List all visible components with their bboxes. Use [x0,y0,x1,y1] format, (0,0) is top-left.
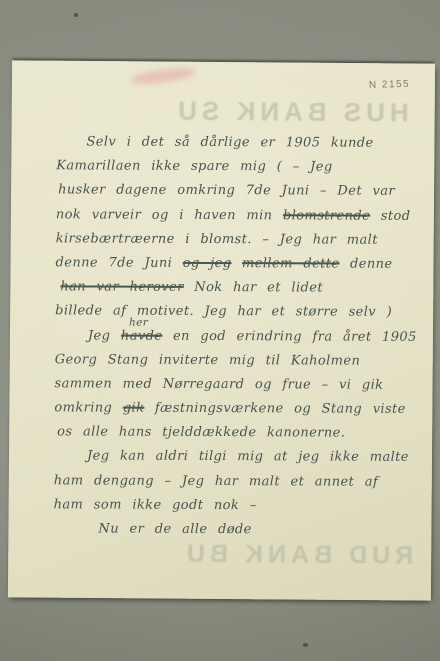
backdrop-speck [303,643,308,647]
handwriting-segment: Nok har et lidet [194,280,323,296]
manuscript-line: ham dengang – Jeg har malt et annet af [54,469,404,495]
manuscript-line: sammen med Nørregaard og frue – vi gik [55,372,405,398]
handwriting-segment: Jeg [88,328,111,343]
ghost-letterhead-top: HUS BANK SU [12,94,435,128]
handwriting-segment: Jeg kan aldri tilgi mig at jeg ikke malt… [87,449,409,465]
handwriting-segment: billede af motivet. Jeg har et større se… [55,304,392,320]
handwriting-segment: Selv i det så dårlige er 1905 kunde [86,134,373,150]
manuscript-line: Jeg havdeher en god erindring fra året 1… [55,324,405,350]
catalog-number: N 2155 [369,79,411,91]
handwriting-segment: Kamarillaen ikke spare mig ( – Jeg [56,158,332,174]
document-photo: HUS BANK SU N 2155 Selv i det så dårlige… [0,0,440,661]
handwriting-struck-segment: havdeher [121,328,163,343]
manuscript-line: omkring gik fæstningsværkene og Stang vi… [54,396,404,422]
handwriting-segment: husker dagene omkring 7de Juni – Det var [58,183,395,199]
manuscript-line: Jeg kan aldri tilgi mig at jeg ikke malt… [54,445,404,471]
handwriting-segment: nok varveir og i haven min [56,207,273,223]
manuscript-line: Georg Stang inviterte mig til Kaholmen [55,348,405,374]
handwriting-struck-segment: han var herover [60,279,184,295]
handwriting-segment: fæstningsværkene og Stang viste [155,401,406,417]
handwriting-segment: Georg Stang inviterte mig til Kaholmen [55,352,361,368]
manuscript-line: nok varveir og i haven min blomstrende s… [56,203,406,229]
handwriting-struck-segment: mellem dette [242,256,340,271]
handwriting-segment: en god erindring fra året 1905 [173,328,417,344]
handwriting-struck-segment: og jeg [183,256,232,271]
handwriting-segment: stod [381,208,411,223]
handwriting-segment: Nu er de alle døde [98,521,251,537]
handwriting-segment: denne [350,257,393,272]
manuscript-line: husker dagene omkring 7de Juni – Det var [56,179,406,205]
manuscript-line: billede af motivet. Jeg har et større se… [55,300,405,326]
manuscript-line: Nu er de alle døde [53,517,403,543]
handwriting-segment: denne 7de Juni [55,255,172,271]
handwriting-segment: os alle hans tjelddækkede kanonerne. [57,425,345,441]
manuscript-line: os alle hans tjelddækkede kanonerne. [54,421,404,447]
backdrop-speck [74,13,78,17]
manuscript-line: denne 7de Juni og jeg mellem dette denne [55,251,405,277]
manuscript-line: ham som ikke godt nok – [54,493,404,519]
manuscript: Selv i det så dårlige er 1905 kunde Kama… [53,130,406,544]
handwriting-struck-segment: gik [123,401,145,416]
pink-stain [129,65,196,87]
handwriting-inserted-word: her [129,317,148,327]
manuscript-line: Selv i det så dårlige er 1905 kunde [56,130,406,156]
handwriting-struck-segment: blomstrende [283,208,370,223]
manuscript-paper: HUS BANK SU N 2155 Selv i det så dårlige… [8,60,435,600]
handwriting-segment: omkring [54,400,112,415]
handwriting-segment: ham som ikke godt nok – [54,497,257,513]
manuscript-line: han var herover Nok har et lidet [55,275,405,301]
handwriting-segment: ham dengang – Jeg har malt et annet af [54,473,378,489]
handwriting-segment: kirsebærtræerne i blomst. – Jeg har malt [56,231,378,247]
handwriting-segment: sammen med Nørregaard og frue – vi gik [55,376,384,392]
manuscript-line: Kamarillaen ikke spare mig ( – Jeg [56,154,406,180]
manuscript-line: kirsebærtræerne i blomst. – Jeg har malt [56,227,406,253]
